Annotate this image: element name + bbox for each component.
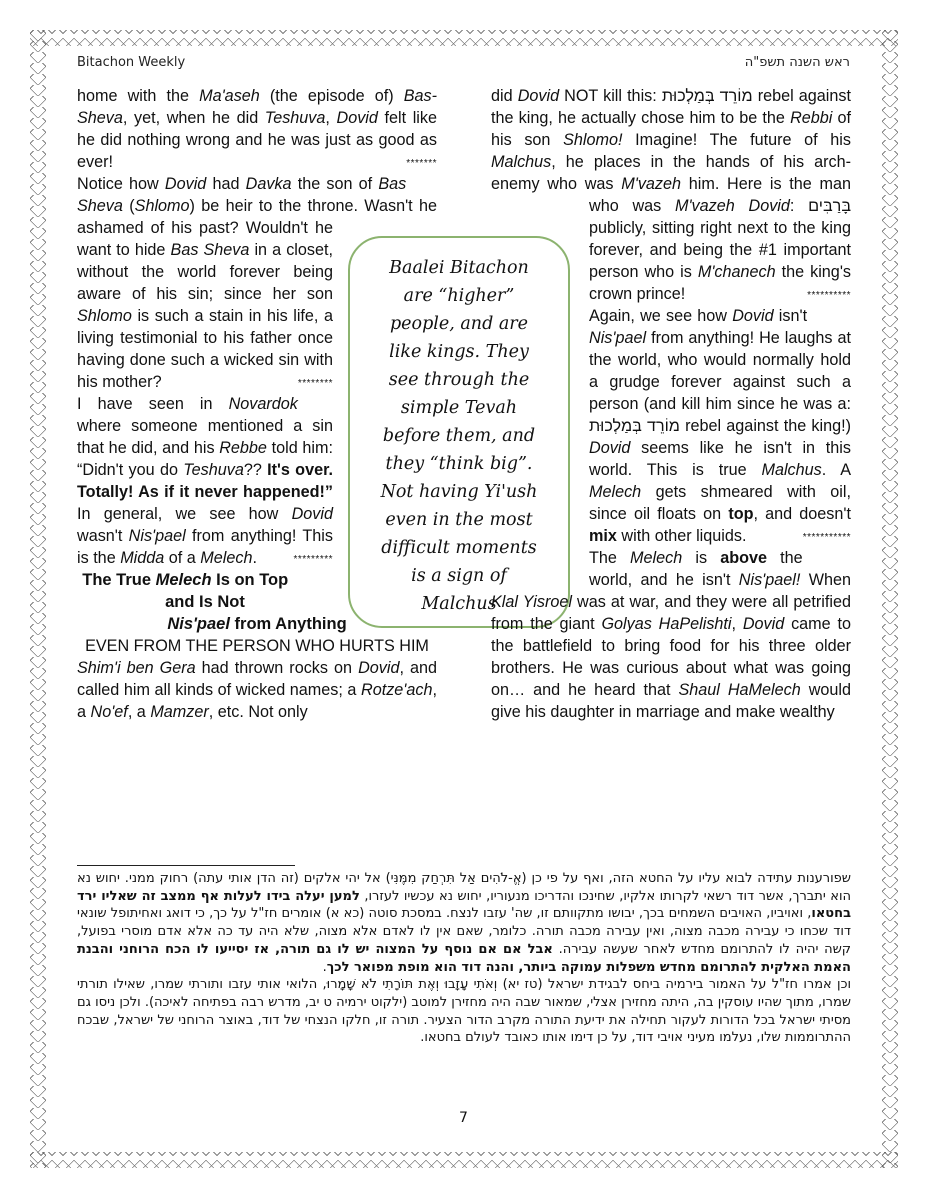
text: rebel against the king!): [680, 417, 851, 435]
text: had: [206, 175, 245, 193]
text: When: [800, 571, 851, 589]
decorative-border-top: [30, 30, 898, 46]
term: Dovid: [337, 109, 378, 127]
term: Melech: [589, 483, 641, 501]
text: :: [790, 197, 808, 215]
term: Golyas HaPelishti: [601, 615, 731, 633]
term: Melech: [200, 549, 252, 567]
hebrew-phrase: בָּרַבִּים: [808, 197, 851, 215]
section-separator: *********: [293, 549, 333, 571]
text: home with the: [77, 87, 199, 105]
text: .: [252, 549, 257, 567]
term: Dovid: [358, 659, 399, 677]
hebrew-phrase: מוֹרֵד בְּמַלְכוּת: [662, 87, 753, 105]
term: Novardok: [229, 395, 298, 413]
term: Shim'i ben Gera: [77, 659, 196, 677]
text: Notice how: [77, 175, 165, 193]
text: the son of: [292, 175, 379, 193]
term: Shlomo: [77, 307, 132, 325]
decorative-border-bottom: [30, 1152, 898, 1168]
text: . A: [822, 461, 851, 479]
text: Imagine! The future of his: [622, 131, 851, 149]
text: had thrown rocks on: [196, 659, 358, 677]
term: Shaul HaMelech: [678, 681, 800, 699]
callout-spacer: [491, 195, 589, 587]
section-subheading: EVEN FROM THE PERSON WHO HURTS HIM: [77, 635, 437, 657]
term: Melech: [156, 571, 212, 589]
term: Rebbe: [219, 439, 267, 457]
footnote: וכן אמרו חז"ל על האמור בירמיה ביחס לבגיד…: [77, 976, 851, 1047]
section-separator: ********: [298, 373, 333, 395]
publication-title: Bitachon Weekly: [77, 55, 185, 70]
term: Klal Yisroel: [491, 593, 572, 611]
term: Rebbi: [790, 109, 832, 127]
paragraph: did Dovid NOT kill this: מוֹרֵד בְּמַלְכ…: [491, 85, 851, 305]
term: Malchus: [761, 461, 821, 479]
term: Rotze'ach: [361, 681, 432, 699]
section-separator: **********: [807, 285, 851, 307]
decorative-border-left: [30, 30, 46, 1168]
term: Shlomo!: [563, 131, 622, 149]
term: M'vazeh Dovid: [675, 197, 790, 215]
term: Bas Sheva: [171, 241, 250, 259]
right-column: did Dovid NOT kill this: מוֹרֵד בְּמַלְכ…: [491, 85, 851, 723]
section-separator: *******: [406, 153, 437, 175]
term: Mamzer: [150, 703, 208, 721]
text: ,: [325, 109, 336, 127]
text: is: [682, 549, 720, 567]
paragraph: home with the Ma'aseh (the episode of) B…: [77, 85, 437, 173]
issue-title-hebrew: ראש השנה תשפ"ה: [745, 55, 850, 70]
emphasis: mix: [589, 527, 617, 545]
page-number: 7: [0, 1110, 927, 1126]
term: M'vazeh: [621, 175, 681, 193]
text: , yet, when he did: [123, 109, 265, 127]
term: Davka: [246, 175, 292, 193]
term: Dovid: [292, 505, 333, 523]
term: Dovid: [589, 439, 630, 457]
term: Malchus: [491, 153, 551, 171]
term: Melech: [630, 549, 682, 567]
text: I have seen in: [77, 395, 229, 413]
text: isn't: [774, 307, 807, 325]
text: with other liquids.: [617, 527, 747, 545]
term: Ma'aseh: [199, 87, 260, 105]
term: Midda: [120, 549, 164, 567]
term: Dovid: [165, 175, 206, 193]
emphasis: above: [720, 549, 767, 567]
text: of a: [164, 549, 200, 567]
footnote: שפורענות עתידה לבוא עליו על החטא הזה, וא…: [77, 870, 851, 976]
term: Dovid: [732, 307, 773, 325]
text: The True: [82, 571, 155, 589]
text: The: [589, 549, 630, 567]
term: Teshuva: [265, 109, 326, 127]
term: No'ef: [91, 703, 128, 721]
term: Teshuva: [183, 461, 244, 479]
term: Nis'pael: [129, 527, 186, 545]
decorative-border-right: [882, 30, 898, 1168]
text: In general, we see how: [77, 505, 292, 523]
text: (: [123, 197, 135, 215]
term: M'chanech: [698, 263, 776, 281]
text: ??: [244, 461, 267, 479]
term: Nis'pael!: [739, 571, 801, 589]
section-separator: ***********: [803, 527, 851, 549]
emphasis: top: [728, 505, 753, 523]
term: Shlomo: [135, 197, 190, 215]
text: , etc. Not only: [209, 703, 308, 721]
text: NOT kill this:: [559, 87, 662, 105]
text: , a: [128, 703, 151, 721]
paragraph: Shim'i ben Gera had thrown rocks on Dovi…: [77, 657, 437, 723]
text: Again, we see how: [589, 307, 732, 325]
text: wasn't: [77, 527, 129, 545]
term: Dovid: [518, 87, 559, 105]
footnote-separator: [77, 865, 295, 866]
hebrew-phrase: מוֹרֵד בְּמַלְכוּת: [589, 417, 680, 435]
text: ,: [732, 615, 743, 633]
text: did: [491, 87, 518, 105]
term: Nis'pael: [167, 615, 230, 633]
text: , and doesn't: [753, 505, 851, 523]
footnotes: שפורענות עתידה לבוא עליו על החטא הזה, וא…: [77, 870, 851, 1047]
text: from Anything: [230, 615, 347, 633]
text: (the episode of): [260, 87, 404, 105]
term: Dovid: [743, 615, 784, 633]
term: Nis'pael: [589, 329, 646, 347]
